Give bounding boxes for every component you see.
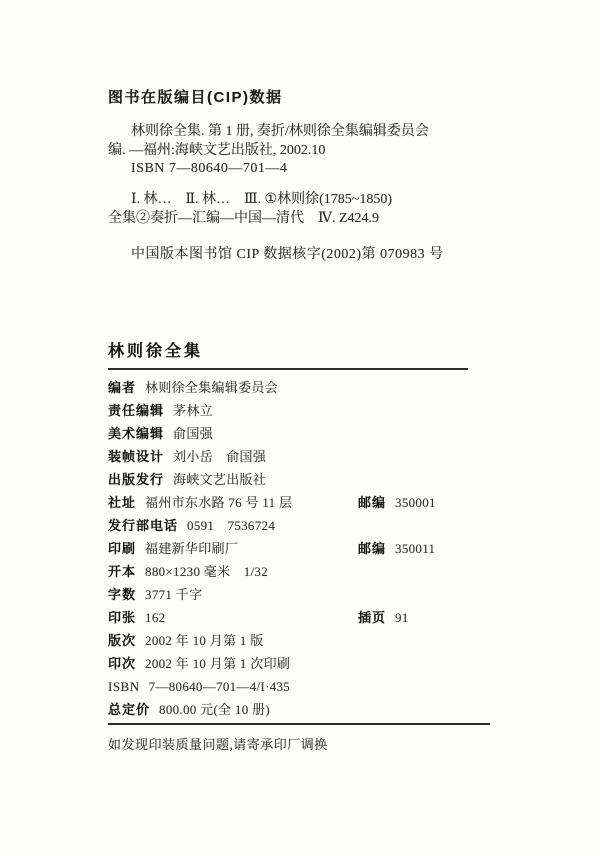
row-editor: 编者林则徐全集编辑委员会 xyxy=(108,376,492,399)
cip-paragraph: 林则徐全集. 第 1 册, 奏折/林则徐全集编辑委员会 编. —福州:海峡文艺出… xyxy=(108,122,504,160)
row-value: 茅林立 xyxy=(173,403,213,418)
row-label: 装帧设计 xyxy=(108,449,164,464)
row-label: 编者 xyxy=(108,380,136,395)
row-isbn: ISBN7—80640—701—4/I·435 xyxy=(108,675,492,698)
postcode-label: 邮编 xyxy=(358,541,386,556)
footer-rule xyxy=(108,723,490,725)
cip-tracing: Ⅰ. 林… Ⅱ. 林… Ⅲ. ①林则徐(1785~1850) 全集②奏折—汇编—… xyxy=(108,190,504,228)
row-value: 福州市东水路 76 号 11 层 xyxy=(145,495,292,510)
row-label: 出版发行 xyxy=(108,472,164,487)
row-value: 2002 年 10 月第 1 版 xyxy=(145,633,264,648)
title-rule xyxy=(108,368,468,370)
postcode-label: 邮编 xyxy=(358,495,386,510)
postcode-value: 350001 xyxy=(395,495,436,510)
row-wordcount: 字数3771 千字 xyxy=(108,583,492,606)
row-value: 880×1230 毫米 1/32 xyxy=(145,564,268,579)
postcode-value: 350011 xyxy=(395,541,435,556)
cip-heading: 图书在版编目(CIP)数据 xyxy=(108,86,504,107)
row-label: 印刷 xyxy=(108,541,136,556)
row-label: 开本 xyxy=(108,564,136,579)
row-sheets: 印张162 插页91 xyxy=(108,606,492,629)
row-label: 版次 xyxy=(108,633,136,648)
book-copyright-page: 图书在版编目(CIP)数据 林则徐全集. 第 1 册, 奏折/林则徐全集编辑委员… xyxy=(0,0,600,856)
cip-isbn-line: ISBN 7—80640—701—4 xyxy=(108,161,504,177)
row-value: 162 xyxy=(145,610,165,625)
colophon-rows: 编者林则徐全集编辑委员会 责任编辑茅林立 美术编辑俞国强 装帧设计刘小岳 俞国强… xyxy=(108,376,492,721)
row-format: 开本880×1230 毫米 1/32 xyxy=(108,560,492,583)
cip-items-line: Ⅰ. 林… Ⅱ. 林… Ⅲ. ①林则徐(1785~1850) xyxy=(108,190,504,209)
row-value: 福建新华印刷厂 xyxy=(145,541,238,556)
cip-class-line: 全集②奏折—汇编—中国—清代 Ⅳ. Z424.9 xyxy=(108,209,504,228)
postcode-column: 邮编350001 xyxy=(358,491,436,514)
row-label: 印次 xyxy=(108,656,136,671)
row-label: 印张 xyxy=(108,610,136,625)
row-phone: 发行部电话0591 7536724 xyxy=(108,514,492,537)
row-design: 装帧设计刘小岳 俞国强 xyxy=(108,445,492,468)
row-price: 总定价800.00 元(全 10 册) xyxy=(108,698,492,721)
postcode-column: 邮编350011 xyxy=(358,537,435,560)
quality-note: 如发现印装质量问题,请寄承印厂调换 xyxy=(108,734,492,753)
row-label: 美术编辑 xyxy=(108,426,164,441)
colophon-block: 林则徐全集 编者林则徐全集编辑委员会 责任编辑茅林立 美术编辑俞国强 装帧设计刘… xyxy=(108,338,492,753)
row-address: 社址福州市东水路 76 号 11 层 邮编350001 xyxy=(108,491,492,514)
cip-record-number: 中国版本图书馆 CIP 数据核字(2002)第 070983 号 xyxy=(108,243,504,263)
row-value: 3771 千字 xyxy=(145,587,202,602)
row-label: 字数 xyxy=(108,587,136,602)
row-value: 刘小岳 俞国强 xyxy=(173,449,266,464)
row-value: 林则徐全集编辑委员会 xyxy=(145,380,278,395)
row-responsible-editor: 责任编辑茅林立 xyxy=(108,399,492,422)
inserts-value: 91 xyxy=(395,610,409,625)
inserts-label: 插页 xyxy=(358,610,386,625)
row-printer: 印刷福建新华印刷厂 邮编350011 xyxy=(108,537,492,560)
row-label: 发行部电话 xyxy=(108,518,178,533)
cip-para-line1: 林则徐全集. 第 1 册, 奏折/林则徐全集编辑委员会 xyxy=(108,122,504,141)
row-value: 7—80640—701—4/I·435 xyxy=(149,679,290,694)
row-edition: 版次2002 年 10 月第 1 版 xyxy=(108,629,492,652)
row-label: 责任编辑 xyxy=(108,403,164,418)
cip-block: 图书在版编目(CIP)数据 林则徐全集. 第 1 册, 奏折/林则徐全集编辑委员… xyxy=(108,86,504,263)
row-publisher: 出版发行海峡文艺出版社 xyxy=(108,468,492,491)
cip-para-line2: 编. —福州:海峡文艺出版社, 2002.10 xyxy=(108,141,504,160)
book-title: 林则徐全集 xyxy=(108,338,492,361)
inserts-column: 插页91 xyxy=(358,606,409,629)
row-art-editor: 美术编辑俞国强 xyxy=(108,422,492,445)
row-label: 总定价 xyxy=(108,702,150,717)
row-value: 800.00 元(全 10 册) xyxy=(159,702,270,717)
row-value: 海峡文艺出版社 xyxy=(173,472,266,487)
row-label: ISBN xyxy=(108,679,140,694)
row-impression: 印次2002 年 10 月第 1 次印刷 xyxy=(108,652,492,675)
row-value: 0591 7536724 xyxy=(187,518,275,533)
row-value: 2002 年 10 月第 1 次印刷 xyxy=(145,656,290,671)
row-label: 社址 xyxy=(108,495,136,510)
row-value: 俞国强 xyxy=(173,426,213,441)
